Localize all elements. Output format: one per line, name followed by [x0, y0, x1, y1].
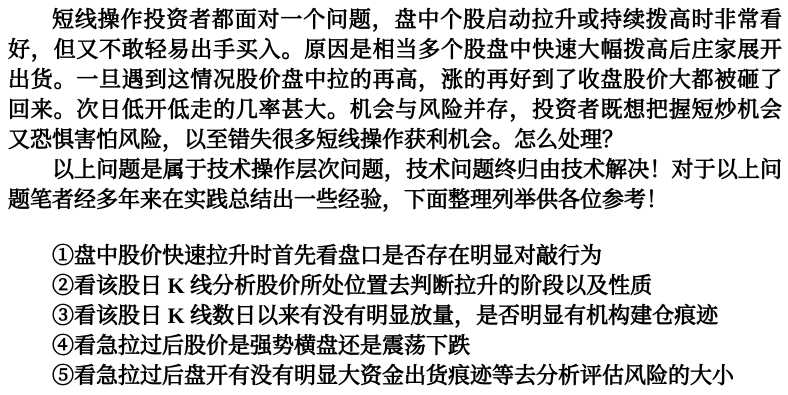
numbered-list: ①盘中股价快速拉升时首先看盘口是否存在明显对敲行为 ②看该股日 K 线分析股价所…: [8, 241, 782, 391]
paragraph-2-line-2: 题笔者经多年来在实践总结出一些经验，下面整理列举供各位参考！: [8, 185, 782, 215]
list-item-3: ③看该股日 K 线数日以来有没有明显放量，是否明显有机构建仓痕迹: [8, 301, 782, 331]
paragraph-2-line-1: 以上问题是属于技术操作层次问题，技术问题终归由技术解决！对于以上问: [8, 155, 782, 185]
paragraph-1-line-5: 又恐惧害怕风险，以至错失很多短线操作获利机会。怎么处理？: [8, 125, 782, 155]
list-item-2: ②看该股日 K 线分析股价所处位置去判断拉升的阶段以及性质: [8, 271, 782, 301]
paragraph-1: 短线操作投资者都面对一个问题，盘中个股启动拉升或持续拨高时非常看 好，但又不敢轻…: [8, 5, 782, 155]
list-item-5: ⑤看急拉过后盘开有没有明显大资金出货痕迹等去分析评估风险的大小: [8, 361, 782, 391]
paragraph-spacer: [8, 215, 782, 241]
paragraph-1-line-4: 回来。次日低开低走的几率甚大。机会与风险并存，投资者既想把握短炒机会: [8, 95, 782, 125]
paragraph-1-line-3: 出货。一旦遇到这情况股价盘中拉的再高，涨的再好到了收盘股价大都被砸了: [8, 65, 782, 95]
paragraph-1-line-1: 短线操作投资者都面对一个问题，盘中个股启动拉升或持续拨高时非常看: [8, 5, 782, 35]
list-item-1: ①盘中股价快速拉升时首先看盘口是否存在明显对敲行为: [8, 241, 782, 271]
document-page: 短线操作投资者都面对一个问题，盘中个股启动拉升或持续拨高时非常看 好，但又不敢轻…: [0, 0, 788, 395]
paragraph-2: 以上问题是属于技术操作层次问题，技术问题终归由技术解决！对于以上问 题笔者经多年…: [8, 155, 782, 215]
paragraph-1-line-2: 好，但又不敢轻易出手买入。原因是相当多个股盘中快速大幅拨高后庄家展开: [8, 35, 782, 65]
list-item-4: ④看急拉过后股价是强势横盘还是震荡下跌: [8, 331, 782, 361]
